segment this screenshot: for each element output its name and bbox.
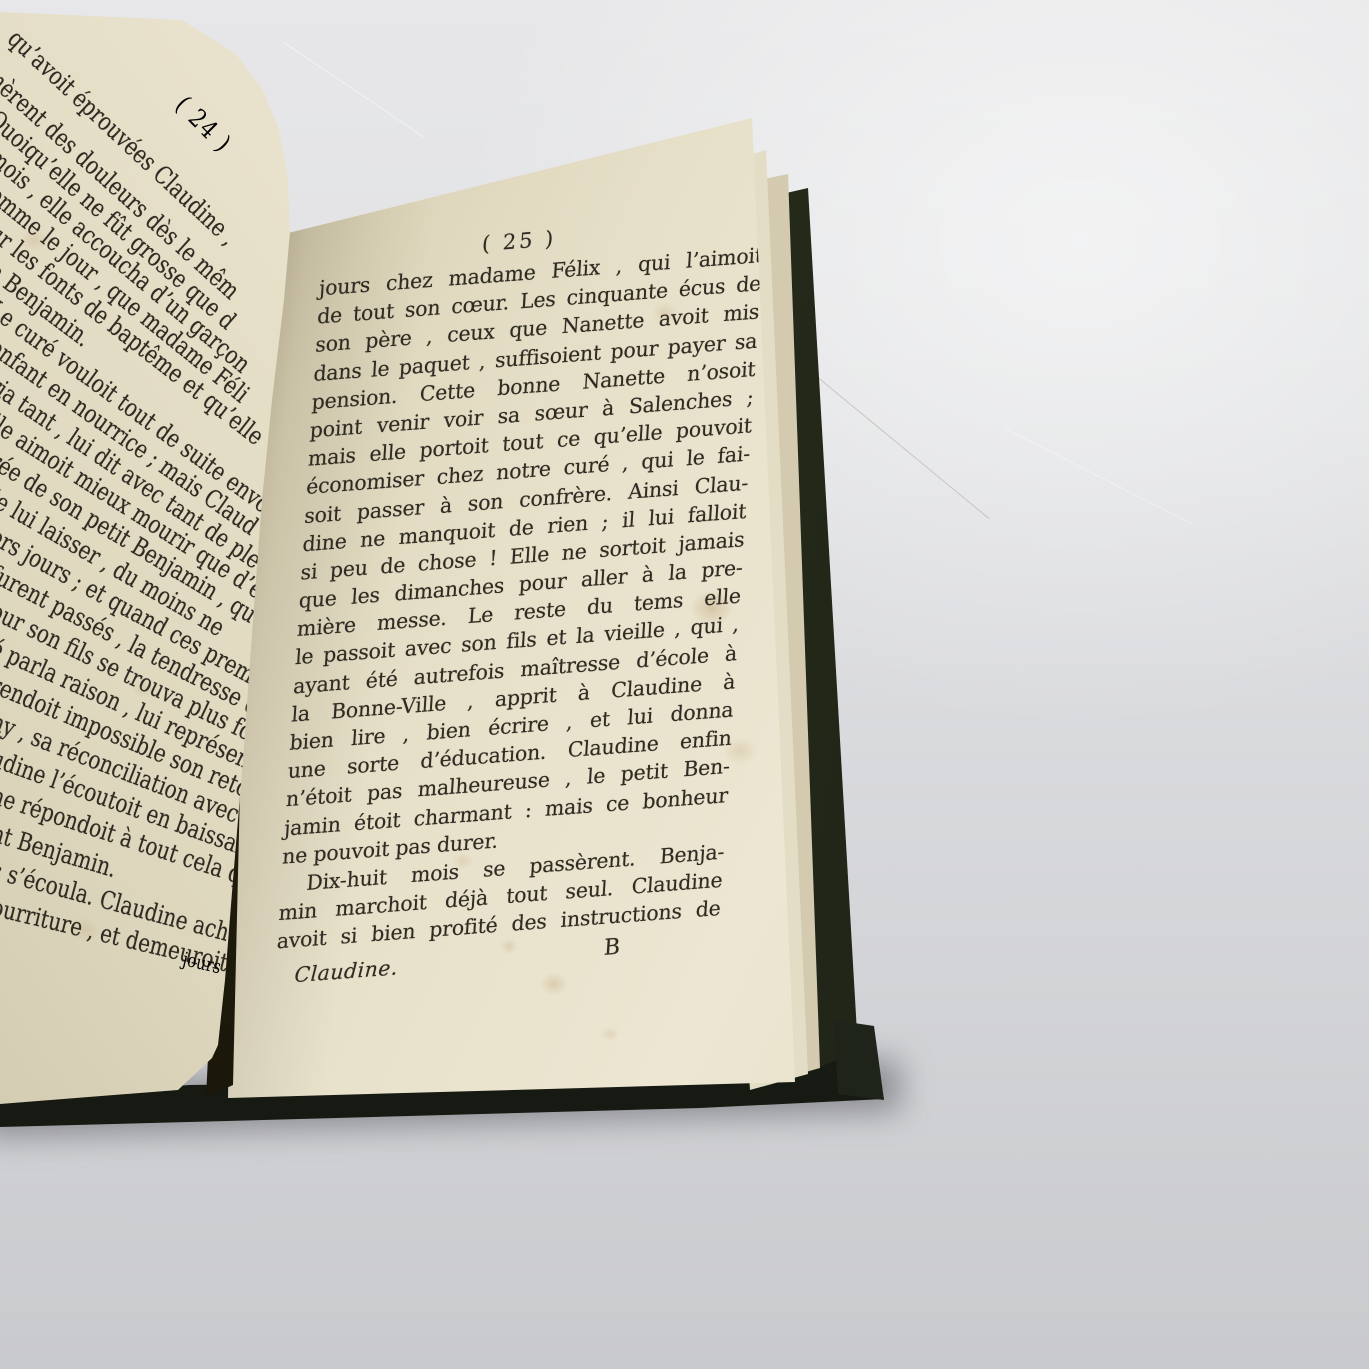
page-25-text-block: ( 25 ) jours chez madame Félix , qui l’a… xyxy=(273,211,765,997)
signature-mark: B xyxy=(603,934,621,960)
surface-scratch xyxy=(283,42,424,138)
surface-scratch xyxy=(1005,428,1193,524)
catchword-title: Claudine. xyxy=(294,955,399,987)
surface-scratch xyxy=(811,372,989,519)
foxing-spot xyxy=(600,1026,620,1042)
photo-scene: ( 25 ) jours chez madame Félix , qui l’a… xyxy=(0,0,1369,1369)
